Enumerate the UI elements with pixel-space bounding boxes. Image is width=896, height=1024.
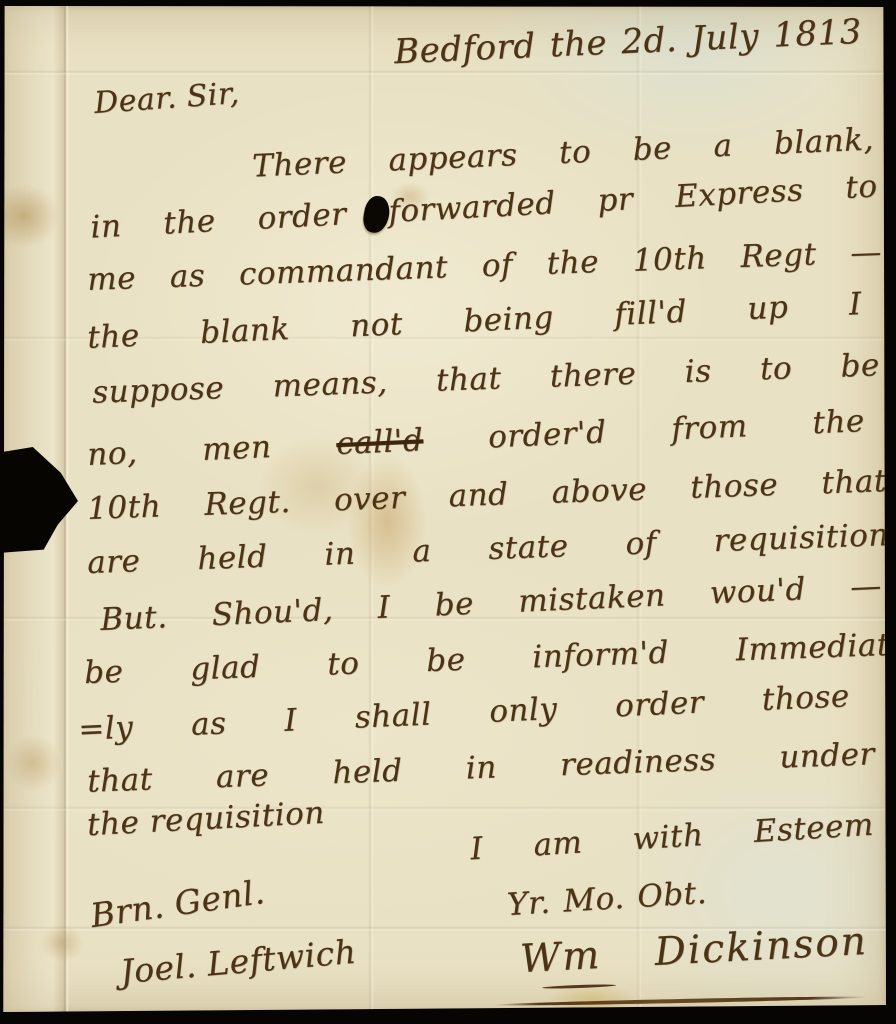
fold-crease xyxy=(2,70,886,75)
body-line-segment: order'd from the xyxy=(487,403,865,455)
body-line: in the order forwarded pr Express to xyxy=(90,169,879,244)
closing-line: Yr. Mo. Obt. xyxy=(506,876,708,922)
body-line: the blank not being fill'd up I xyxy=(87,287,863,355)
letter-paper: Bedford the 2d. July 1813 Dear. Sir, The… xyxy=(2,6,886,1012)
body-line: me as commandant of the 10th Regt — xyxy=(87,235,883,297)
closing-line: I am with Esteem xyxy=(469,808,874,867)
scan-background: Bedford the 2d. July 1813 Dear. Sir, The… xyxy=(0,0,896,1024)
body-line: =ly as I shall only order those xyxy=(78,679,851,747)
body-line-segment: no, men xyxy=(87,429,273,473)
body-line: are held in a state of requisition xyxy=(87,518,890,580)
struck-word: call'd xyxy=(335,422,424,462)
dateline: Bedford the 2d. July 1813 xyxy=(393,14,862,72)
salutation: Dear. Sir, xyxy=(93,77,240,120)
body-line: suppose means, that there is to be xyxy=(92,348,881,410)
body-line: But. Shou'd, I be mistaken wou'd — xyxy=(100,569,883,637)
addressee-line: Joel. Leftwich xyxy=(119,934,358,991)
body-line: the requisition xyxy=(86,796,325,842)
stain xyxy=(4,734,62,792)
body-line: that are held in readiness under xyxy=(87,737,876,799)
body-line: 10th Regt. over and above those that xyxy=(87,464,888,526)
stain xyxy=(40,924,84,962)
body-line-with-strikeout: no, men call'd order'd from the xyxy=(87,404,866,472)
